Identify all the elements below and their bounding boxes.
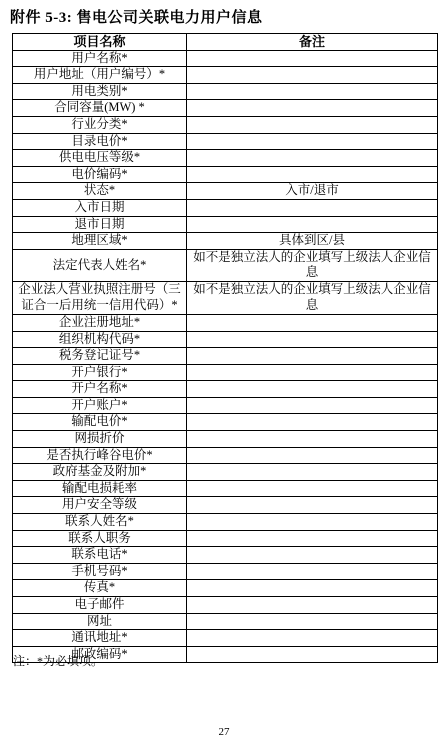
remark-cell — [187, 150, 438, 167]
table-row: 网损折价 — [13, 431, 438, 448]
remark-cell — [187, 530, 438, 547]
table-row: 政府基金及附加* — [13, 464, 438, 481]
item-name-cell: 用户安全等级 — [13, 497, 187, 514]
item-name-cell: 电子邮件 — [13, 597, 187, 614]
remark-cell — [187, 381, 438, 398]
remark-cell — [187, 116, 438, 133]
table-row: 用户安全等级 — [13, 497, 438, 514]
user-info-table: 项目名称 备注 用户名称*用户地址（用户编号）*用电类别*合同容量(MW) *行… — [12, 33, 438, 663]
item-name-cell: 联系人职务 — [13, 530, 187, 547]
remark-cell — [187, 364, 438, 381]
remark-cell — [187, 613, 438, 630]
table-row: 税务登记证号* — [13, 348, 438, 365]
item-name-cell: 行业分类* — [13, 116, 187, 133]
table-row: 联系人姓名* — [13, 514, 438, 531]
remark-cell — [187, 630, 438, 647]
remark-cell — [187, 397, 438, 414]
item-name-cell: 地理区域* — [13, 233, 187, 250]
header-remark: 备注 — [187, 34, 438, 51]
page-number: 27 — [0, 726, 448, 738]
table-row: 开户名称* — [13, 381, 438, 398]
remark-cell — [187, 646, 438, 663]
remark-cell — [187, 100, 438, 117]
remark-cell — [187, 67, 438, 84]
remark-cell — [187, 431, 438, 448]
table-row: 联系人职务 — [13, 530, 438, 547]
item-name-cell: 法定代表人姓名* — [13, 249, 187, 281]
footnote: 注：*为必填项。 — [13, 652, 103, 669]
table-row: 状态*入市/退市 — [13, 183, 438, 200]
table-row: 合同容量(MW) * — [13, 100, 438, 117]
item-name-cell: 网址 — [13, 613, 187, 630]
item-name-cell: 用户地址（用户编号）* — [13, 67, 187, 84]
table-row: 企业法人营业执照注册号（三证合一后用统一信用代码）*如不是独立法人的企业填写上级… — [13, 281, 438, 314]
table-header-row: 项目名称 备注 — [13, 34, 438, 51]
table-row: 传真* — [13, 580, 438, 597]
table-row: 电子邮件 — [13, 597, 438, 614]
remark-cell — [187, 514, 438, 531]
item-name-cell: 政府基金及附加* — [13, 464, 187, 481]
remark-cell — [187, 580, 438, 597]
table-row: 联系电话* — [13, 547, 438, 564]
table-row: 用电类别* — [13, 83, 438, 100]
table-row: 法定代表人姓名*如不是独立法人的企业填写上级法人企业信息 — [13, 249, 438, 281]
remark-cell — [187, 547, 438, 564]
remark-cell — [187, 597, 438, 614]
table-row: 是否执行峰谷电价* — [13, 447, 438, 464]
item-name-cell: 合同容量(MW) * — [13, 100, 187, 117]
table-row: 网址 — [13, 613, 438, 630]
item-name-cell: 企业法人营业执照注册号（三证合一后用统一信用代码）* — [13, 281, 187, 314]
table-row: 开户银行* — [13, 364, 438, 381]
table-row: 通讯地址* — [13, 630, 438, 647]
item-name-cell: 联系人姓名* — [13, 514, 187, 531]
item-name-cell: 用电类别* — [13, 83, 187, 100]
document-page: 附件 5-3: 售电公司关联电力用户信息 项目名称 备注 用户名称*用户地址（用… — [0, 0, 448, 745]
item-name-cell: 用户名称* — [13, 50, 187, 67]
item-name-cell: 供电电压等级* — [13, 150, 187, 167]
table-row: 用户地址（用户编号）* — [13, 67, 438, 84]
table-row: 入市日期 — [13, 199, 438, 216]
table-row: 输配电价* — [13, 414, 438, 431]
remark-cell — [187, 331, 438, 348]
table-row: 手机号码* — [13, 563, 438, 580]
item-name-cell: 联系电话* — [13, 547, 187, 564]
remark-cell — [187, 563, 438, 580]
remark-cell — [187, 314, 438, 331]
item-name-cell: 手机号码* — [13, 563, 187, 580]
remark-cell — [187, 166, 438, 183]
remark-cell — [187, 216, 438, 233]
remark-cell — [187, 199, 438, 216]
table-row: 用户名称* — [13, 50, 438, 67]
item-name-cell: 组织机构代码* — [13, 331, 187, 348]
item-name-cell: 开户账户* — [13, 397, 187, 414]
table-row: 输配电损耗率 — [13, 480, 438, 497]
remark-cell — [187, 464, 438, 481]
item-name-cell: 目录电价* — [13, 133, 187, 150]
remark-cell — [187, 50, 438, 67]
header-item-name: 项目名称 — [13, 34, 187, 51]
item-name-cell: 电价编码* — [13, 166, 187, 183]
remark-cell — [187, 414, 438, 431]
remark-cell: 如不是独立法人的企业填写上级法人企业信息 — [187, 281, 438, 314]
table-row: 供电电压等级* — [13, 150, 438, 167]
remark-cell — [187, 480, 438, 497]
item-name-cell: 输配电价* — [13, 414, 187, 431]
item-name-cell: 状态* — [13, 183, 187, 200]
item-name-cell: 通讯地址* — [13, 630, 187, 647]
item-name-cell: 入市日期 — [13, 199, 187, 216]
table-row: 开户账户* — [13, 397, 438, 414]
item-name-cell: 税务登记证号* — [13, 348, 187, 365]
item-name-cell: 开户银行* — [13, 364, 187, 381]
item-name-cell: 开户名称* — [13, 381, 187, 398]
table-row: 地理区域*具体到区/县 — [13, 233, 438, 250]
table-row: 企业注册地址* — [13, 314, 438, 331]
table-row: 行业分类* — [13, 116, 438, 133]
table-row: 组织机构代码* — [13, 331, 438, 348]
item-name-cell: 网损折价 — [13, 431, 187, 448]
item-name-cell: 企业注册地址* — [13, 314, 187, 331]
item-name-cell: 传真* — [13, 580, 187, 597]
item-name-cell: 输配电损耗率 — [13, 480, 187, 497]
remark-cell — [187, 497, 438, 514]
page-title: 附件 5-3: 售电公司关联电力用户信息 — [10, 6, 263, 27]
table-row: 电价编码* — [13, 166, 438, 183]
table-body: 用户名称*用户地址（用户编号）*用电类别*合同容量(MW) *行业分类*目录电价… — [13, 50, 438, 663]
item-name-cell: 是否执行峰谷电价* — [13, 447, 187, 464]
table-row: 目录电价* — [13, 133, 438, 150]
table-header: 项目名称 备注 — [13, 34, 438, 51]
remark-cell: 具体到区/县 — [187, 233, 438, 250]
item-name-cell: 退市日期 — [13, 216, 187, 233]
remark-cell: 如不是独立法人的企业填写上级法人企业信息 — [187, 249, 438, 281]
remark-cell: 入市/退市 — [187, 183, 438, 200]
remark-cell — [187, 133, 438, 150]
remark-cell — [187, 447, 438, 464]
table-row: 退市日期 — [13, 216, 438, 233]
remark-cell — [187, 348, 438, 365]
remark-cell — [187, 83, 438, 100]
